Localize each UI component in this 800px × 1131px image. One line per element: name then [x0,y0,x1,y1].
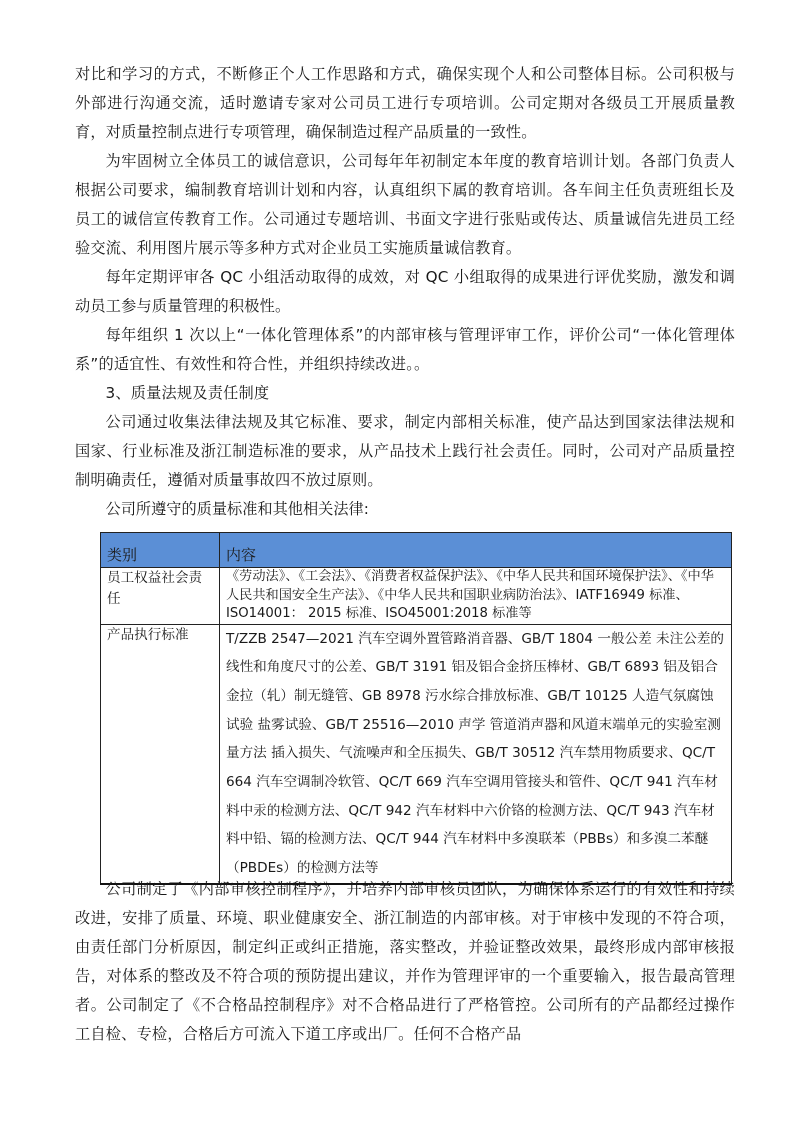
paragraph-qc-groups: 每年定期评审各 QC 小组活动取得的成效，对 QC 小组取得的成果进行评优奖励，… [75,263,735,321]
paragraph-integrity-training: 为牢固树立全体员工的诚信意识，公司每年年初制定本年度的教育培训计划。各部门负责人… [75,147,735,263]
table-row: 产品执行标准 T/ZZB 2547—2021 汽车空调外置管路消音器、GB/T … [101,624,732,884]
paragraph-internal-audit: 公司制定了《内部审核控制程序》，并培养内部审核员团队，为确保体系运行的有效性和持… [75,875,735,1049]
content-cell: 《劳动法》、《工会法》、《消费者权益保护法》、《中华人民共和国环境保护法》、《中… [220,568,732,625]
category-cell: 员工权益社会责任 [101,568,220,625]
table-header-row: 类别 内容 [101,533,732,568]
paragraph-management-review: 每年组织 1 次以上“一体化管理体系”的内部审核与管理评审工作，评价公司“一体化… [75,321,735,379]
paragraph-laws: 公司通过收集法律法规及其它标准、要求，制定内部相关标准，使产品达到国家法律法规和… [75,408,735,495]
category-cell: 产品执行标准 [101,624,220,884]
document-page: 对比和学习的方式，不断修正个人工作思路和方式，确保实现个人和公司整体目标。公司积… [75,60,735,524]
column-header-content: 内容 [220,533,732,568]
standards-table: 类别 内容 员工权益社会责任 《劳动法》、《工会法》、《消费者权益保护法》、《中… [100,532,732,885]
table-caption: 公司所遵守的质量标准和其他相关法律: [75,495,735,524]
document-page-continued: 公司制定了《内部审核控制程序》，并培养内部审核员团队，为确保体系运行的有效性和持… [75,875,735,1049]
paragraph-learning: 对比和学习的方式，不断修正个人工作思路和方式，确保实现个人和公司整体目标。公司积… [75,60,735,147]
section-heading: 3、质量法规及责任制度 [75,379,735,408]
column-header-category: 类别 [101,533,220,568]
content-cell: T/ZZB 2547—2021 汽车空调外置管路消音器、GB/T 1804 一般… [220,624,732,884]
table-row: 员工权益社会责任 《劳动法》、《工会法》、《消费者权益保护法》、《中华人民共和国… [101,568,732,625]
